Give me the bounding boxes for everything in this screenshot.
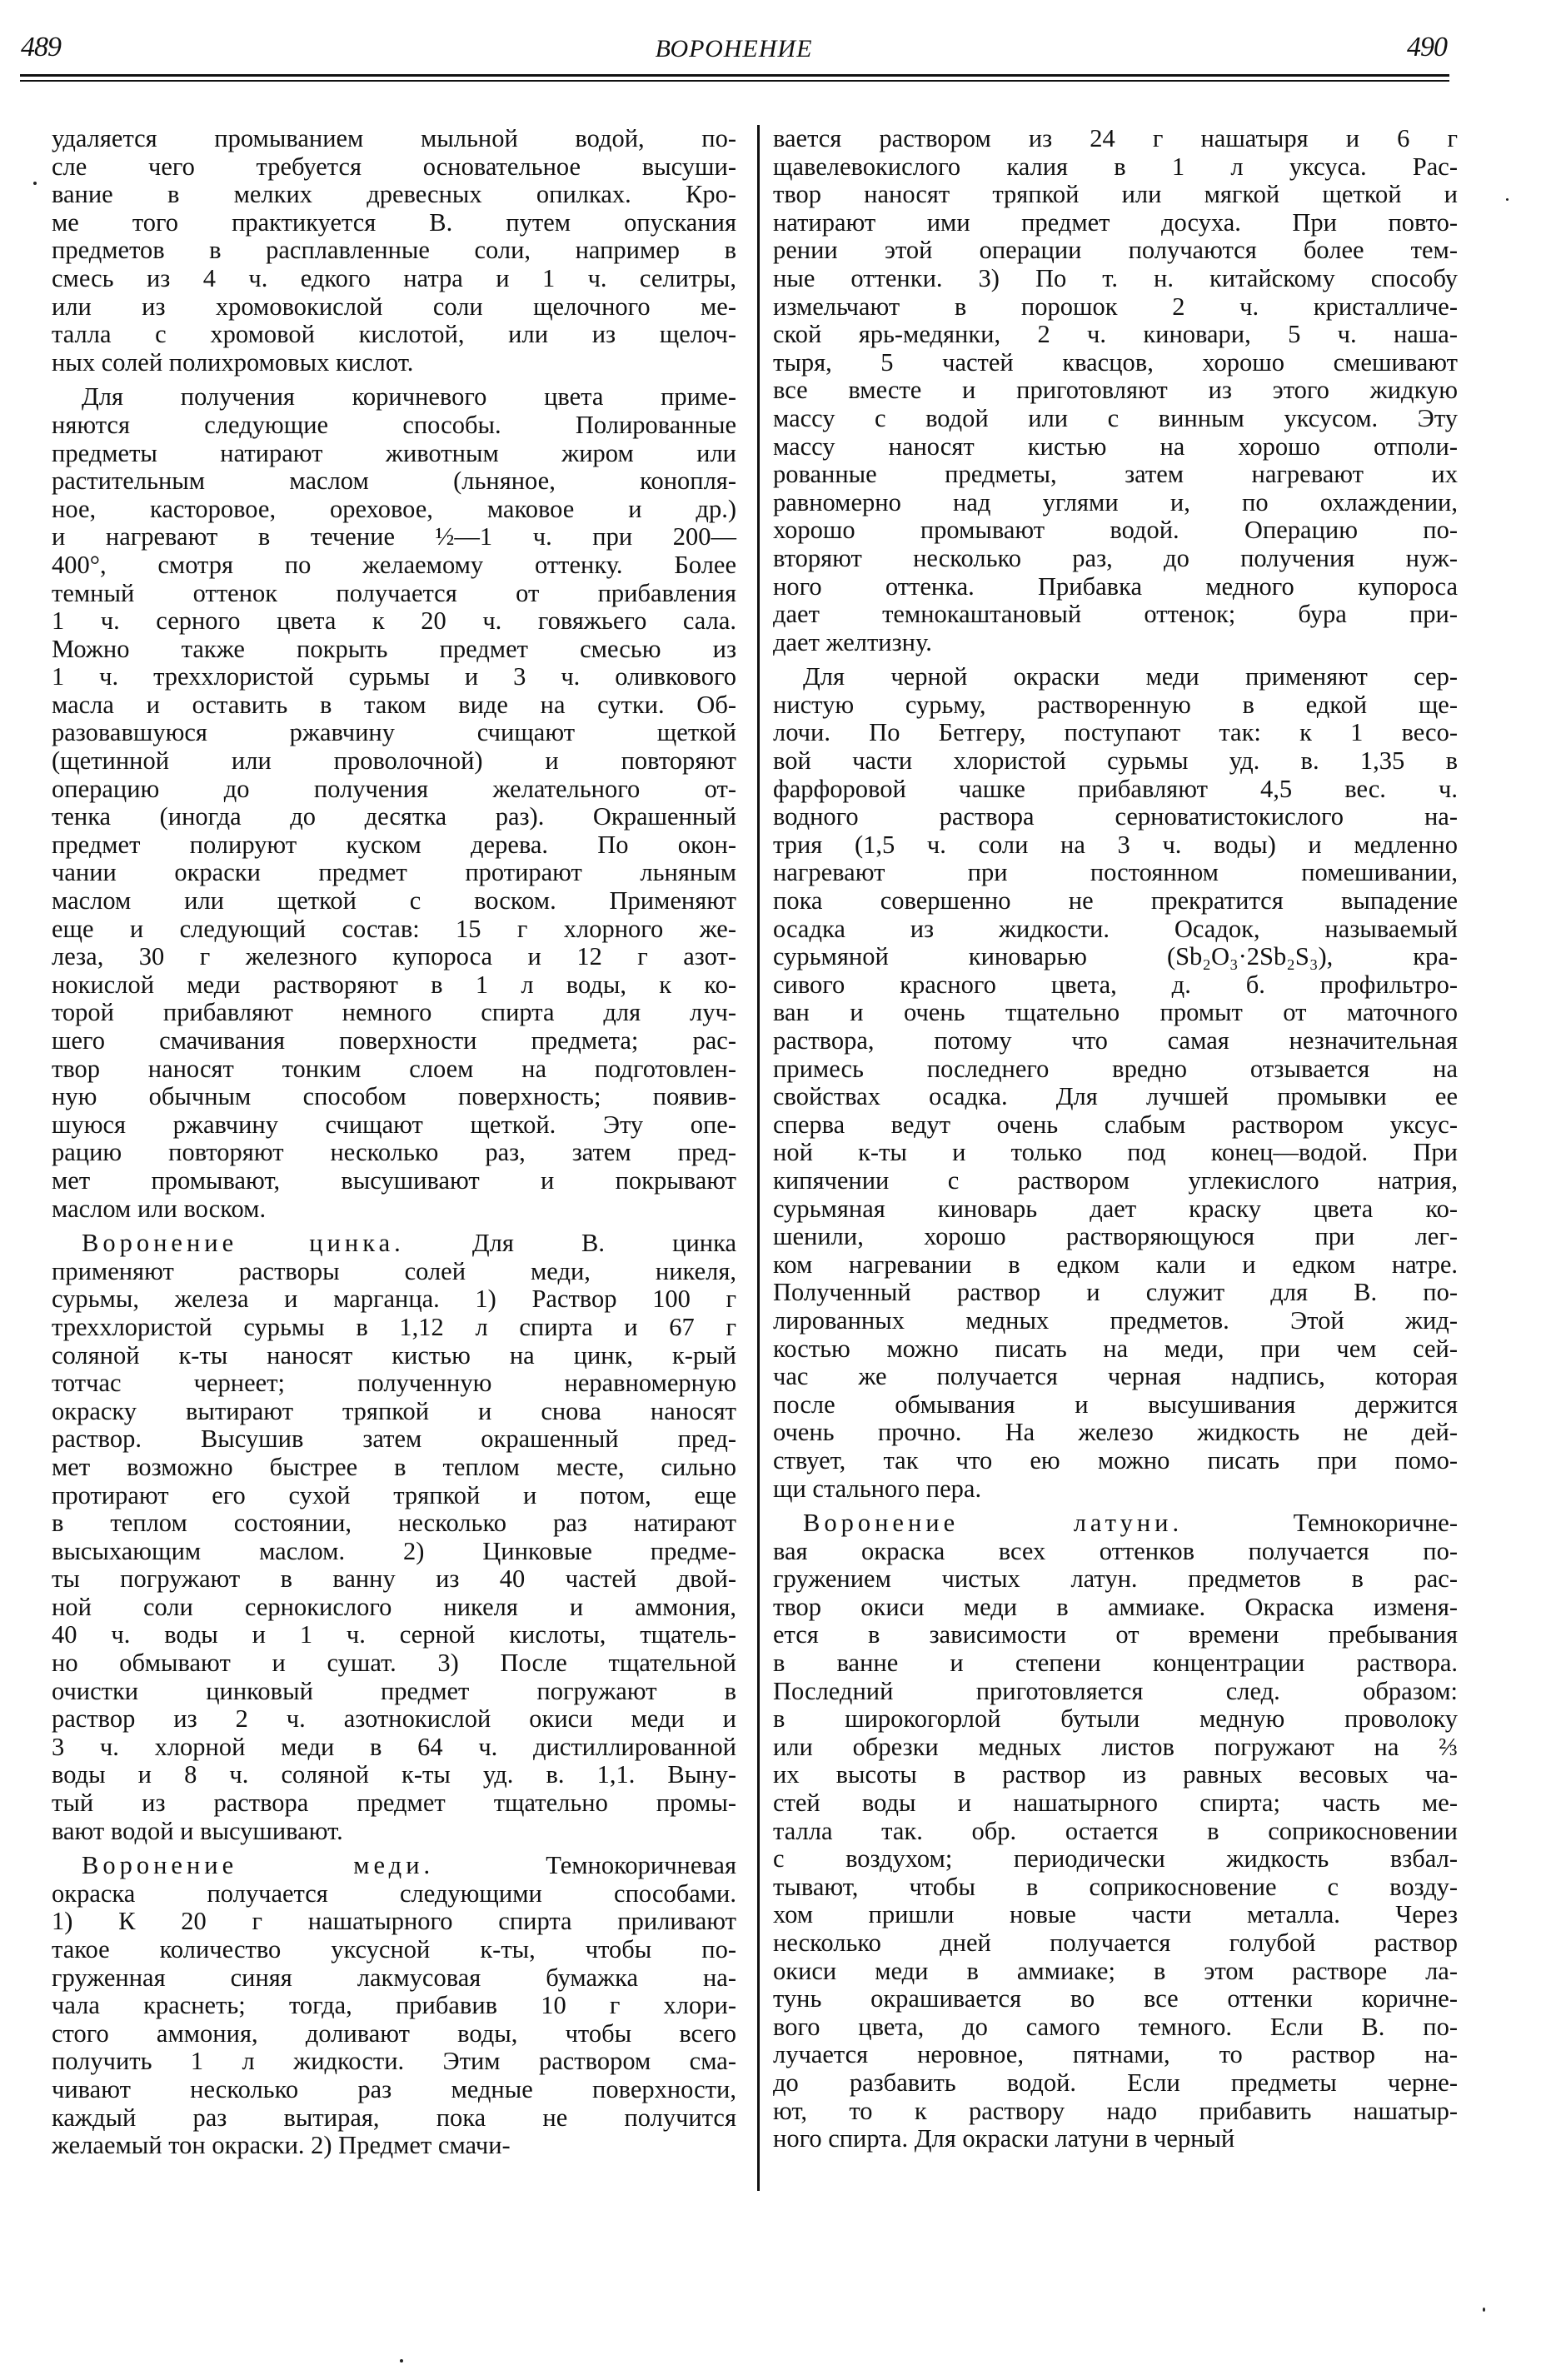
text-line: окиси меди в аммиаке; в этом растворе ла… [773,1958,1458,1986]
text-line: дает темнокаштановый оттенок; бура при- [773,601,1458,629]
text-line: и нагревают в течение ½—1 ч. при 200— [52,523,736,551]
running-title: ВОРОНЕНИЕ [0,35,1468,63]
text-line: чании окраски предмет протирают льняным [52,859,736,887]
text-line: рацию повторяют несколько раз, затем пре… [52,1139,736,1167]
text-line: тыря, 5 частей квасцов, хорошо смешивают [773,349,1458,377]
text-line: фарфоровой чашке прибавляют 4,5 вес. ч. [773,776,1458,804]
text-line: 400°, смотря по желаемому оттенку. Более [52,551,736,580]
text-line: Для получения коричневого цвета приме- [52,383,736,412]
text-line: Можно также покрыть предмет смесью из [52,636,736,664]
text-line: вая окраска всех оттенков получается по- [773,1538,1458,1566]
text-line: окраску вытирают тряпкой и снова наносят [52,1398,736,1426]
text-line: желаемый тон окраски. 2) Предмет смачи- [52,2132,736,2160]
text-line: применяют растворы солей меди, никеля, [52,1258,736,1286]
text-line: тунь окрашивается во все оттенки коричне… [773,1985,1458,2013]
text-line: маслом или воском. [52,1195,736,1224]
text-line: растительным маслом (льняное, конопля- [52,467,736,496]
text-line: рении этой операции получаются более тем… [773,237,1458,265]
text-line: 1 ч. серного цвета к 20 ч. говяжьего сал… [52,607,736,636]
text-line: лучается неровное, пятнами, то раствор н… [773,2041,1458,2069]
text-line: Воронение цинка. Для В. цинка [52,1230,736,1258]
text-line: натирают ими предмет досуха. При повто- [773,209,1458,237]
text-line: протирают его сухой тряпкой и потом, еще [52,1482,736,1510]
text-line: (щетинной или проволочной) и повторяют [52,747,736,776]
scan-speck [1483,2308,1485,2312]
text-line: няются следующие способы. Полированные [52,412,736,440]
text-line: окраска получается следующими способами. [52,1880,736,1908]
paragraph: Воронение латуни. Темнокоричне-вая окрас… [773,1509,1458,2153]
text-line: в теплом состоянии, несколько раз натира… [52,1509,736,1538]
text-line: маслом или щеткой с воском. Применяют [52,887,736,916]
text-line: щавелевокислого калия в 1 л уксуса. Рас- [773,153,1458,182]
text-line: раствор из 2 ч. азотнокислой окиси меди … [52,1705,736,1734]
text-line: предмет полируют куском дерева. По окон- [52,831,736,860]
text-line: предметы натирают животным жиром или [52,440,736,468]
text-line: Полученный раствор и служит для В. по- [773,1279,1458,1307]
text-line: талла с хромовой кислотой, или из щелоч- [52,321,736,349]
text-line: Для черной окраски меди применяют сер- [773,663,1458,691]
text-line: но обмывают и сушат. 3) После тщательной [52,1649,736,1678]
text-line: хом пришли новые части металла. Через [773,1901,1458,1929]
text-line: дает желтизну. [773,629,1458,657]
text-line: чала краснеть; тогда, прибавив 10 г хлор… [52,1992,736,2020]
text-line: ствует, так что ею можно писать при помо… [773,1447,1458,1475]
section-heading: Воронение латуни. [803,1509,1183,1537]
text-line: ного спирта. Для окраски латуни в черный [773,2125,1458,2153]
text-line: хорошо промывают водой. Операцию по- [773,516,1458,545]
text-line: щи стального пера. [773,1475,1458,1504]
text-line: Воронение латуни. Темнокоричне- [773,1509,1458,1538]
text-line: сивого красного цвета, д. б. профильтро- [773,971,1458,1000]
text-line: тотчас чернеет; полученную неравномерную [52,1370,736,1398]
text-line: твор наносят тряпкой или мягкой щеткой и [773,181,1458,209]
text-line: раствора, потому что самая незначительна… [773,1027,1458,1055]
text-line: твор наносят тонким слоем на подготовлен… [52,1055,736,1084]
text-line: час же получается черная надпись, котора… [773,1363,1458,1391]
text-line: вается раствором из 24 г нашатыря и 6 г [773,125,1458,153]
text-line: торой прибавляют немного спирта для луч- [52,999,736,1027]
text-line: стей воды и нашатырного спирта; часть ме… [773,1789,1458,1818]
text-line: 3 ч. хлорной меди в 64 ч. дистиллированн… [52,1734,736,1762]
text-line: мет промывают, высушивают и покрывают [52,1167,736,1195]
text-line: раствор. Высушив затем окрашенный пред- [52,1425,736,1454]
text-line: каждый раз вытирая, пока не получится [52,2104,736,2133]
text-line: измельчают в порошок 2 ч. кристалличе- [773,293,1458,322]
text-line: шенили, хорошо растворяющуюся при лег- [773,1223,1458,1251]
text-line: водного раствора серноватистокислого на- [773,803,1458,831]
paragraph: Воронение меди. Темнокоричневаяокраска п… [52,1852,736,2160]
paragraph: Для получения коричневого цвета приме-ня… [52,383,736,1223]
text-line: треххлористой сурьмы в 1,12 л спирта и 6… [52,1314,736,1342]
text-line: ной к-ты и только под конец—водой. При [773,1139,1458,1167]
text-line: шего смачивания поверхности предмета; ра… [52,1027,736,1055]
text-line: примесь последнего вредно отзывается на [773,1055,1458,1084]
text-line: воды и 8 ч. соляной к-ты уд. в. 1,1. Вын… [52,1761,736,1789]
text-line: вторяют несколько раз, до получения нуж- [773,545,1458,573]
text-line: или обрезки медных листов погружают на ⅔ [773,1734,1458,1762]
text-line: равномерно над углями и, по охлаждении, [773,489,1458,517]
text-line: груженная синяя лакмусовая бумажка на- [52,1964,736,1993]
text-line: 1) К 20 г нашатырного спирта приливают [52,1908,736,1936]
text-line: соляной к-ты наносят кистью на цинк, к-р… [52,1342,736,1370]
text-line: вание в мелких древесных опилках. Кро- [52,181,736,209]
text-line: еще и следующий состав: 15 г хлорного же… [52,916,736,944]
text-line: ван и очень тщательно промыт от маточног… [773,999,1458,1027]
header-rule-thin [20,80,1449,82]
text-line: ной соли сернокислого никеля и аммония, [52,1594,736,1622]
section-heading: Воронение цинка. [82,1229,405,1257]
text-line: все вместе и приготовляют из этого жидку… [773,377,1458,405]
text-line: трия (1,5 ч. соли на 3 ч. воды) и медлен… [773,831,1458,860]
text-line: тенка (иногда до десятка раз). Окрашенны… [52,803,736,831]
text-line: костью можно писать на меди, при чем сей… [773,1335,1458,1364]
section-heading: Воронение меди. [82,1851,434,1879]
text-line: разовавшуюся ржавчину счищают щеткой [52,719,736,747]
text-line: массу наносят кистью на хорошо отполи- [773,433,1458,462]
text-line: Воронение меди. Темнокоричневая [52,1852,736,1880]
text-line: до разбавить водой. Если предметы черне- [773,2069,1458,2098]
text-line: их высоты в раствор из равных весовых ча… [773,1761,1458,1789]
text-line: гружением чистых латун. предметов в рас- [773,1565,1458,1594]
text-line: ется в зависимости от времени пребывания [773,1621,1458,1649]
text-line: сурьмяная киноварь дает краску цвета ко- [773,1195,1458,1224]
text-line: мет возможно быстрее в теплом месте, сил… [52,1454,736,1482]
text-line: очистки цинковый предмет погружают в [52,1678,736,1706]
text-line: в широкогорлой бутыли медную проволоку [773,1705,1458,1734]
text-line: получить 1 л жидкости. Этим раствором см… [52,2048,736,2076]
text-line: лочи. По Бетгеру, поступают так: к 1 вес… [773,719,1458,747]
text-line: предметов в расплавленные соли, например… [52,237,736,265]
paragraph: Для черной окраски меди применяют сер-ни… [773,663,1458,1503]
text-line: тый из раствора предмет тщательно промы- [52,1789,736,1818]
text-line: ного оттенка. Прибавка медного купороса [773,573,1458,601]
text-line: 40 ч. воды и 1 ч. серной кислоты, тщател… [52,1621,736,1649]
text-line: чивают несколько раз медные поверхности, [52,2076,736,2104]
header-rule-thick [20,74,1449,77]
text-line: ные оттенки. 3) По т. н. китайскому спос… [773,265,1458,293]
text-line: шуюся ржавчину счищают щеткой. Эту опе- [52,1111,736,1140]
text-line: ное, касторовое, ореховое, маковое и др.… [52,496,736,524]
text-line: или из хромовокислой соли щелочного ме- [52,293,736,322]
text-line: очень прочно. На железо жидкость не дей- [773,1419,1458,1447]
text-line: твор окиси меди в аммиаке. Окраска измен… [773,1594,1458,1622]
text-line: сле чего требуется основательное высуши- [52,153,736,182]
text-line: ты погружают в ванну из 40 частей двой- [52,1565,736,1594]
text-line: сурьмяной киноварью (Sb₂O₃·2Sb₂S₃), кра- [773,943,1458,971]
text-line: рованные предметы, затем нагревают их [773,461,1458,489]
text-line: нагревают при постоянном помешивании, [773,859,1458,887]
text-line: ную обычным способом поверхность; появив… [52,1083,736,1111]
text-line: высыхающим маслом. 2) Цинковые предме- [52,1538,736,1566]
text-line: вого цвета, до самого темного. Если В. п… [773,2013,1458,2042]
text-line: стого аммония, доливают воды, чтобы всег… [52,2020,736,2048]
text-line: свойствах осадка. Для лучшей промывки ее [773,1083,1458,1111]
text-line: лированных медных предметов. Этой жид- [773,1307,1458,1335]
text-line: вой части хлористой сурьмы уд. в. 1,35 в [773,747,1458,776]
text-line: пока совершенно не прекратится выпадение [773,887,1458,916]
text-line: ме того практикуется В. путем опускания [52,209,736,237]
text-line: ных солей полихромовых кислот. [52,349,736,377]
text-line: смесь из 4 ч. едкого натра и 1 ч. селитр… [52,265,736,293]
text-line: тывают, чтобы в соприкосновение с возду- [773,1874,1458,1902]
text-line: ком нагревании в едком кали и едком натр… [773,1251,1458,1280]
text-line: с воздухом; периодически жидкость взбал- [773,1845,1458,1874]
text-line: 1 ч. треххлористой сурьмы и 3 ч. оливков… [52,663,736,691]
page-header: 489 ВОРОНЕНИЕ 490 [0,0,1551,92]
text-line: леза, 30 г железного купороса и 12 г азо… [52,943,736,971]
text-line: кипячении с раствором углекислого натрия… [773,1167,1458,1195]
text-line: после обмывания и высушивания держится [773,1391,1458,1420]
text-line: Последний приготовляется след. образом: [773,1678,1458,1706]
text-line: масла и оставить в таком виде на сутки. … [52,691,736,720]
text-line: нокислой меди растворяют в 1 л воды, к к… [52,971,736,1000]
text-line: нистую сурьму, растворенную в едкой ще- [773,691,1458,720]
paragraph: удаляется промыванием мыльной водой, по-… [52,125,736,377]
left-column: удаляется промыванием мыльной водой, по-… [52,125,736,2160]
text-line: ют, то к раствору надо прибавить нашатыр… [773,2098,1458,2126]
scan-speck [1506,198,1509,201]
text-line: сурьмы, железа и марганца. 1) Раствор 10… [52,1285,736,1314]
text-line: такое количество уксусной к-ты, чтобы по… [52,1936,736,1964]
text-line: в ванне и степени концентрации раствора. [773,1649,1458,1678]
text-line: осадка из жидкости. Осадок, называемый [773,916,1458,944]
text-line: ской ярь-медянки, 2 ч. киновари, 5 ч. на… [773,321,1458,349]
column-divider [757,125,760,2191]
text-line: талла так. обр. остается в соприкосновен… [773,1818,1458,1846]
scan-speck [400,2359,403,2363]
paragraph: Воронение цинка. Для В. цинкаприменяют р… [52,1230,736,1845]
text-line: операцию до получения желательного от- [52,776,736,804]
text-line: темный оттенок получается от прибавления [52,580,736,608]
scan-speck [33,182,37,185]
paragraph: вается раствором из 24 г нашатыря и 6 гщ… [773,125,1458,656]
text-line: сперва ведут очень слабым раствором уксу… [773,1111,1458,1140]
page-number-right: 490 [1407,32,1447,63]
text-line: удаляется промыванием мыльной водой, по- [52,125,736,153]
text-line: вают водой и высушивают. [52,1818,736,1846]
text-line: массу с водой или с винным уксусом. Эту [773,405,1458,433]
right-column: вается раствором из 24 г нашатыря и 6 гщ… [773,125,1458,2153]
text-line: несколько дней получается голубой раство… [773,1929,1458,1958]
